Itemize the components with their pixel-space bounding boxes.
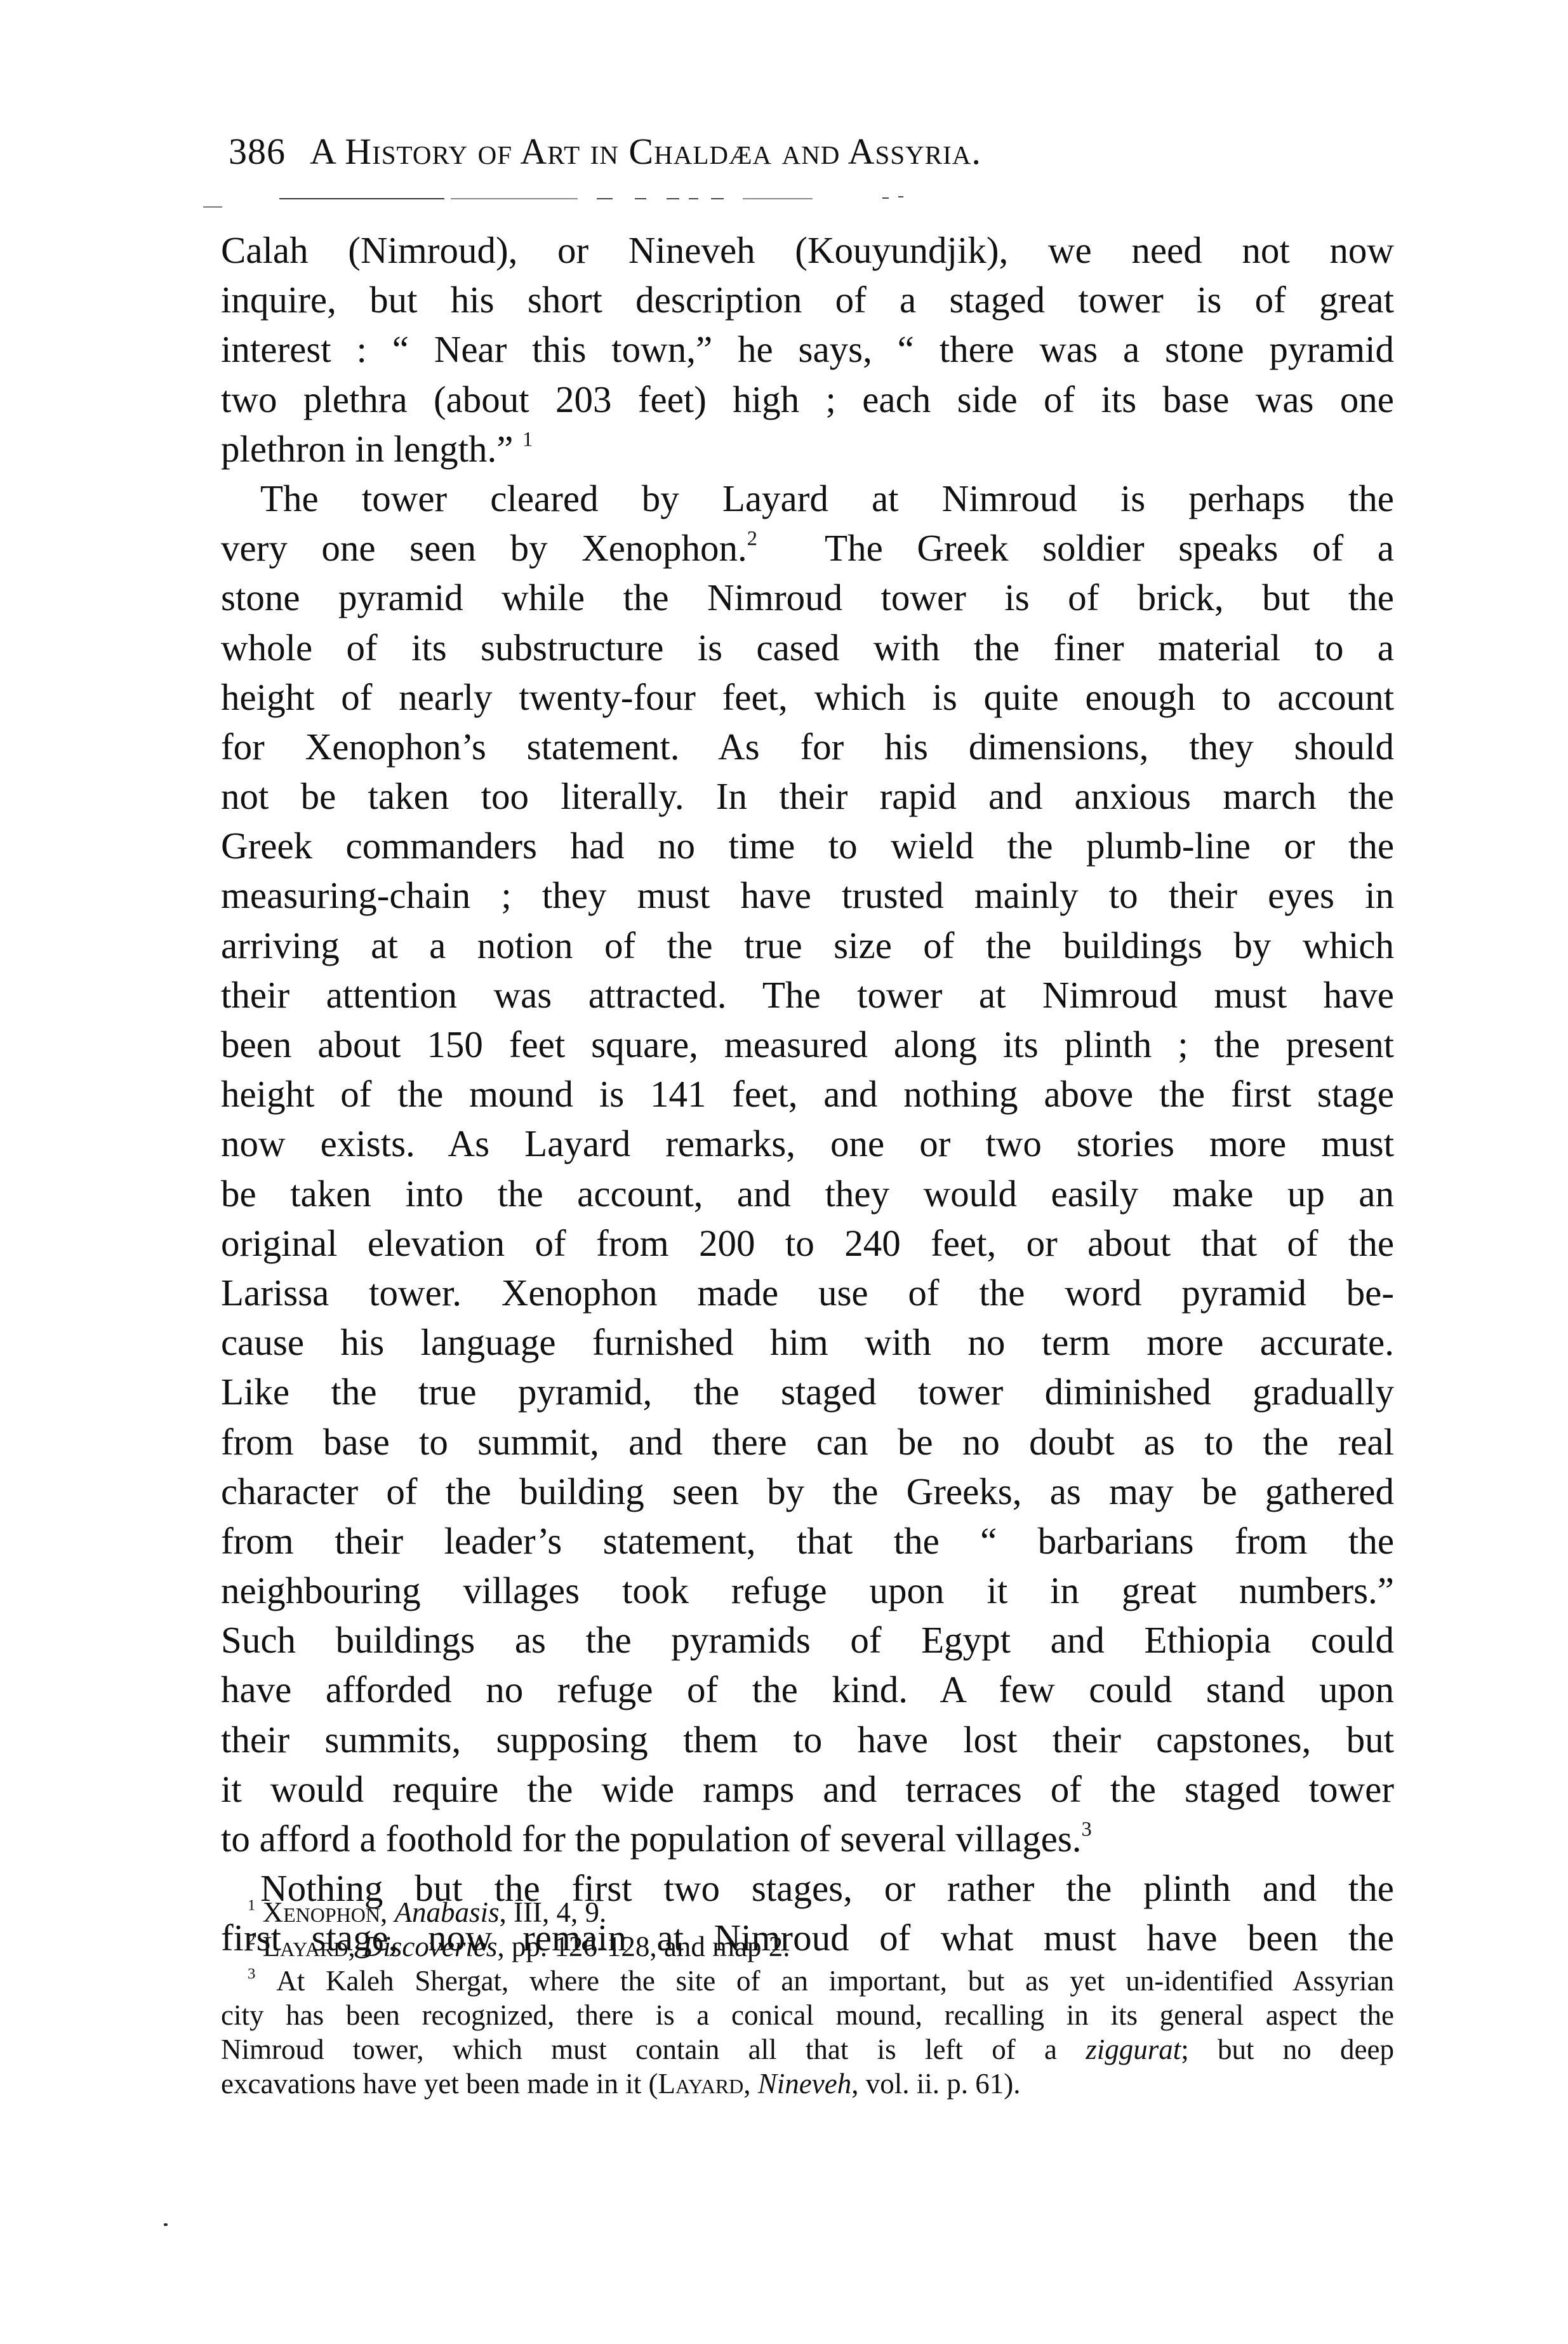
text-line: Calah (Nimroud), or Nineveh (Kouyundjik)…: [221, 225, 1394, 275]
footnote-marker: 2: [248, 1931, 255, 1948]
text-line: The tower cleared by Layard at Nimroud i…: [221, 474, 1394, 523]
text-line: character of the building seen by the Gr…: [221, 1467, 1394, 1516]
rule-segment: [743, 198, 813, 199]
text-line: cause his language furnished him with no…: [221, 1317, 1394, 1367]
text-line-content: to afford a foothold for the population …: [221, 1818, 1082, 1860]
running-header: 386 A History of Art in Chaldæa and Assy…: [229, 130, 1397, 187]
footnote-term: ziggurat: [1086, 2034, 1181, 2065]
text-line: whole of its substructure is cased with …: [221, 623, 1394, 672]
rule-segment: [882, 197, 889, 199]
text-line: original elevation of from 200 to 240 fe…: [221, 1218, 1394, 1268]
text-line: very one seen by Xenophon.2 The Greek so…: [221, 523, 1394, 573]
book-page: 386 A History of Art in Chaldæa and Assy…: [0, 0, 1568, 2344]
text-line: height of nearly twenty-four feet, which…: [221, 672, 1394, 722]
footnote-3-line: city has been recognized, there is a con…: [221, 1998, 1394, 2032]
rule-segment: [667, 198, 679, 199]
footnote-separator: ,: [380, 1896, 395, 1928]
rule-segment: [689, 198, 698, 199]
footnote-citation: , pp. 126-128, and map 2.: [497, 1931, 790, 1962]
footnote-title: Nineveh: [758, 2068, 851, 2100]
footnote-title: Discoveries: [362, 1931, 497, 1962]
rule-segment: [279, 198, 444, 199]
text-line: neighbouring villages took refuge upon i…: [221, 1566, 1394, 1615]
text-line: Greek commanders had no time to wield th…: [221, 821, 1394, 870]
footnotes: 1 Xenophon, Anabasis, III, 4, 9. 2 Layar…: [221, 1895, 1394, 2101]
text-line-content: very one seen by Xenophon.: [221, 527, 747, 569]
rule-segment: [635, 198, 646, 199]
page-number: 386: [229, 130, 286, 173]
footnote-separator: ,: [348, 1931, 362, 1962]
rule-segment: [898, 196, 903, 197]
text-line: it would require the wide ramps and terr…: [221, 1764, 1394, 1814]
text-line: plethron in length.” 1: [221, 424, 1394, 474]
text-line: to afford a foothold for the population …: [221, 1814, 1394, 1863]
footnote-marker: 1: [248, 1896, 255, 1914]
rule-segment: [597, 198, 613, 199]
footnote-author: Layard: [658, 2068, 743, 2100]
rule-segment: [203, 206, 222, 208]
text-line: two plethra (about 203 feet) high ; each…: [221, 375, 1394, 424]
text-line: for Xenophon’s statement. As for his dim…: [221, 722, 1394, 771]
footnote-2: 2 Layard, Discoveries, pp. 126-128, and …: [221, 1929, 1394, 1964]
footnote-ref-2[interactable]: 2: [747, 528, 757, 550]
footnote-marker: 3: [248, 1965, 255, 1982]
text-line: Larissa tower. Xenophon made use of the …: [221, 1268, 1394, 1317]
text-line: from base to summit, and there can be no…: [221, 1417, 1394, 1467]
footnote-ref-1[interactable]: 1: [522, 428, 533, 451]
footnote-text: Nimroud tower, which must contain all th…: [221, 2034, 1086, 2065]
footnote-author: Xenophon: [263, 1896, 380, 1928]
text-line-content: plethron in length.”: [221, 428, 513, 470]
footnote-author: Layard: [263, 1931, 349, 1962]
text-line: been about 150 feet square, measured alo…: [221, 1020, 1394, 1069]
text-line: now exists. As Layard remarks, one or tw…: [221, 1119, 1394, 1168]
text-line: arriving at a notion of the true size of…: [221, 921, 1394, 970]
running-title: A History of Art in Chaldæa and Assyria.: [310, 130, 981, 173]
text-line: not be taken too literally. In their rap…: [221, 771, 1394, 821]
footnote-text: ; but no deep: [1181, 2034, 1394, 2065]
footnote-citation: , vol. ii. p. 61).: [851, 2068, 1020, 2100]
footnote-separator: ,: [743, 2068, 758, 2100]
footnote-3-line: Nimroud tower, which must contain all th…: [221, 2032, 1394, 2067]
margin-mark: [164, 2223, 168, 2226]
text-line: Such buildings as the pyramids of Egypt …: [221, 1615, 1394, 1665]
footnote-3: 3 At Kaleh Shergat, where the site of an…: [221, 1964, 1394, 1998]
footnote-citation: , III, 4, 9.: [500, 1896, 607, 1928]
rule-segment: [711, 198, 724, 199]
footnote-3-line: excavations have yet been made in it (La…: [221, 2067, 1394, 2101]
footnote-text: excavations have yet been made in it (: [221, 2068, 658, 2100]
text-line: measuring-chain ; they must have trusted…: [221, 870, 1394, 920]
rule-segment: [451, 198, 578, 199]
text-line: their attention was attracted. The tower…: [221, 970, 1394, 1020]
text-line: their summits, supposing them to have lo…: [221, 1715, 1394, 1764]
text-line: height of the mound is 141 feet, and not…: [221, 1069, 1394, 1119]
text-line: stone pyramid while the Nimroud tower is…: [221, 573, 1394, 622]
text-line: from their leader’s statement, that the …: [221, 1516, 1394, 1566]
text-line: interest : “ Near this town,” he says, “…: [221, 324, 1394, 374]
footnote-title: Anabasis: [395, 1896, 500, 1928]
body-text: Calah (Nimroud), or Nineveh (Kouyundjik)…: [221, 225, 1394, 1963]
footnote-ref-3[interactable]: 3: [1082, 1818, 1092, 1841]
text-line: be taken into the account, and they woul…: [221, 1169, 1394, 1218]
text-line: inquire, but his short description of a …: [221, 275, 1394, 324]
text-line: Like the true pyramid, the staged tower …: [221, 1367, 1394, 1416]
text-line: have afforded no refuge of the kind. A f…: [221, 1665, 1394, 1714]
footnote-text: At Kaleh Shergat, where the site of an i…: [276, 1965, 1394, 1997]
text-line-content: The Greek soldier speaks of a: [825, 527, 1394, 569]
footnote-1: 1 Xenophon, Anabasis, III, 4, 9.: [221, 1895, 1394, 1929]
